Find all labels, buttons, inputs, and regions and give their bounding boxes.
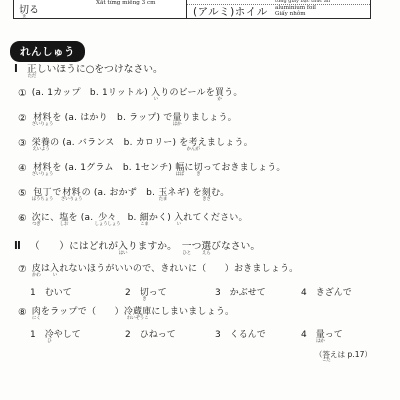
answer-page-note: （答こたえは p.17） — [315, 349, 372, 362]
option-text: むいて — [45, 287, 72, 301]
section-1-heading: Ⅰ 正ただしいほうに○をつけなさい。 — [14, 63, 163, 78]
question-8-options: 1冷ひやして 2ひねって 3くるんで 4量はかって — [30, 329, 343, 343]
question-text: 次つぎに、塩しおを (a. 少々しょうしょう b. 細こまかく) 入いれてくださ… — [32, 212, 248, 237]
option-2: 2切きって — [125, 287, 215, 301]
vocab-table: 切きる Xắt từng miếng 3 cm từng giấy bạc th… — [13, 0, 371, 19]
section-2-heading: Ⅱ （ ）にはどれが入はいりますか。 一ひとつ選えらびなさい。 — [14, 240, 260, 255]
option-1: 1むいて — [30, 287, 125, 301]
question-number: ③ — [18, 137, 27, 162]
section-2-instruction: （ ）にはどれが入はいりますか。 一ひとつ選えらびなさい。 — [30, 240, 260, 255]
section-2-numeral: Ⅱ — [14, 240, 21, 255]
option-3: 3くるんで — [215, 329, 301, 343]
question-line-7: ⑦ 皮かわは入いれないほうがいいので、きれいに（ ）おきましょう。 — [18, 263, 298, 277]
question-line-6: ⑥次つぎに、塩しおを (a. 少々しょうしょう b. 細こまかく) 入いれてくだ… — [18, 212, 286, 237]
question-number: ⑧ — [18, 306, 27, 320]
option-1: 1冷ひやして — [30, 329, 125, 343]
question-text: (a. 1カップ b. 1リットル) 入いりのビールを買かう。 — [32, 87, 243, 112]
question-line-3: ③栄養えいようの (a. バランス b. カロリー) を考かんがえましょう。 — [18, 137, 286, 162]
vocab-gloss-vietnamese-2: Giấy nhôm — [275, 11, 306, 17]
option-number: 2 — [125, 329, 131, 343]
vocab-table-cell-right: từng giấy bạc thức ăn (アルミ)ホイル aluminium… — [187, 0, 370, 18]
question-text: 包丁ほうちょうで材料ざいりょうの (a. おかず b. 玉たまネギ) を刻きざむ… — [32, 187, 230, 212]
section-1-items: ①(a. 1カップ b. 1リットル) 入いりのビールを買かう。 ②材料ざいりょ… — [18, 87, 286, 237]
option-text: 切きって — [140, 287, 167, 301]
option-4: 4量はかって — [301, 329, 343, 343]
option-2: 2ひねって — [125, 329, 215, 343]
question-number: ① — [18, 87, 27, 112]
question-text: 肉にくをラップで（ ）冷蔵庫れいぞうこにしまいましょう。 — [32, 306, 235, 320]
question-text: 材料ざいりょうを (a. はかり b. ラップ) で量はかりましょう。 — [32, 112, 237, 137]
question-number: ⑥ — [18, 212, 27, 237]
question-number: ⑦ — [18, 263, 27, 277]
question-line-5: ⑤包丁ほうちょうで材料ざいりょうの (a. おかず b. 玉たまネギ) を刻きざ… — [18, 187, 286, 212]
question-line-8: ⑧ 肉にくをラップで（ ）冷蔵庫れいぞうこにしまいましょう。 — [18, 306, 234, 320]
option-text: きざんで — [316, 287, 352, 301]
option-text: ひねって — [140, 329, 176, 343]
question-line-1: ①(a. 1カップ b. 1リットル) 入いりのビールを買かう。 — [18, 87, 286, 112]
section-1-numeral: Ⅰ — [14, 63, 18, 78]
vocab-term-kiru: 切きる — [19, 1, 39, 19]
question-line-2: ②材料ざいりょうを (a. はかり b. ラップ) で量はかりましょう。 — [18, 112, 286, 137]
vocab-gloss-vietnamese: Xắt từng miếng 3 cm — [96, 0, 155, 6]
option-text: くるんで — [230, 329, 266, 343]
question-text: 材料ざいりょうを (a. 1グラム b. 1センチ) 幅はばに切きっておきましょ… — [32, 162, 286, 187]
question-text: 皮かわは入いれないほうがいいので、きれいに（ ）おきましょう。 — [32, 263, 299, 277]
question-7-options: 1むいて 2切きって 3かぶせて 4きざんで — [30, 287, 352, 301]
practice-badge: れんしゅう — [10, 41, 85, 62]
vocab-foil-glosses: aluminium foilGiấy nhôm — [275, 5, 316, 18]
option-number: 1 — [30, 287, 36, 301]
option-text: 冷ひやして — [45, 329, 81, 343]
question-number: ⑤ — [18, 187, 27, 212]
question-number: ④ — [18, 162, 27, 187]
question-text: 栄養えいようの (a. バランス b. カロリー) を考かんがえましょう。 — [32, 137, 253, 162]
question-line-4: ④材料ざいりょうを (a. 1グラム b. 1センチ) 幅はばに切きっておきまし… — [18, 162, 286, 187]
option-number: 4 — [301, 329, 307, 343]
option-number: 4 — [301, 287, 307, 301]
option-text: かぶせて — [230, 287, 266, 301]
section-1-instruction: 正ただしいほうに○をつけなさい。 — [27, 63, 163, 78]
vocab-table-cell-left: 切きる Xắt từng miếng 3 cm — [14, 0, 187, 18]
option-3: 3かぶせて — [215, 287, 301, 301]
textbook-page: { "top_table": { "left_term_segs": [{"t"… — [0, 0, 400, 400]
option-number: 2 — [125, 287, 131, 301]
vocab-clipped-text: từng giấy bạc thức ăn — [275, 0, 330, 3]
vocab-term-foil: (アルミ)ホイル — [193, 4, 268, 19]
option-text: 量はかって — [316, 329, 343, 343]
option-4: 4きざんで — [301, 287, 352, 301]
option-number: 1 — [30, 329, 36, 343]
option-number: 3 — [215, 287, 221, 301]
option-number: 3 — [215, 329, 221, 343]
question-number: ② — [18, 112, 27, 137]
